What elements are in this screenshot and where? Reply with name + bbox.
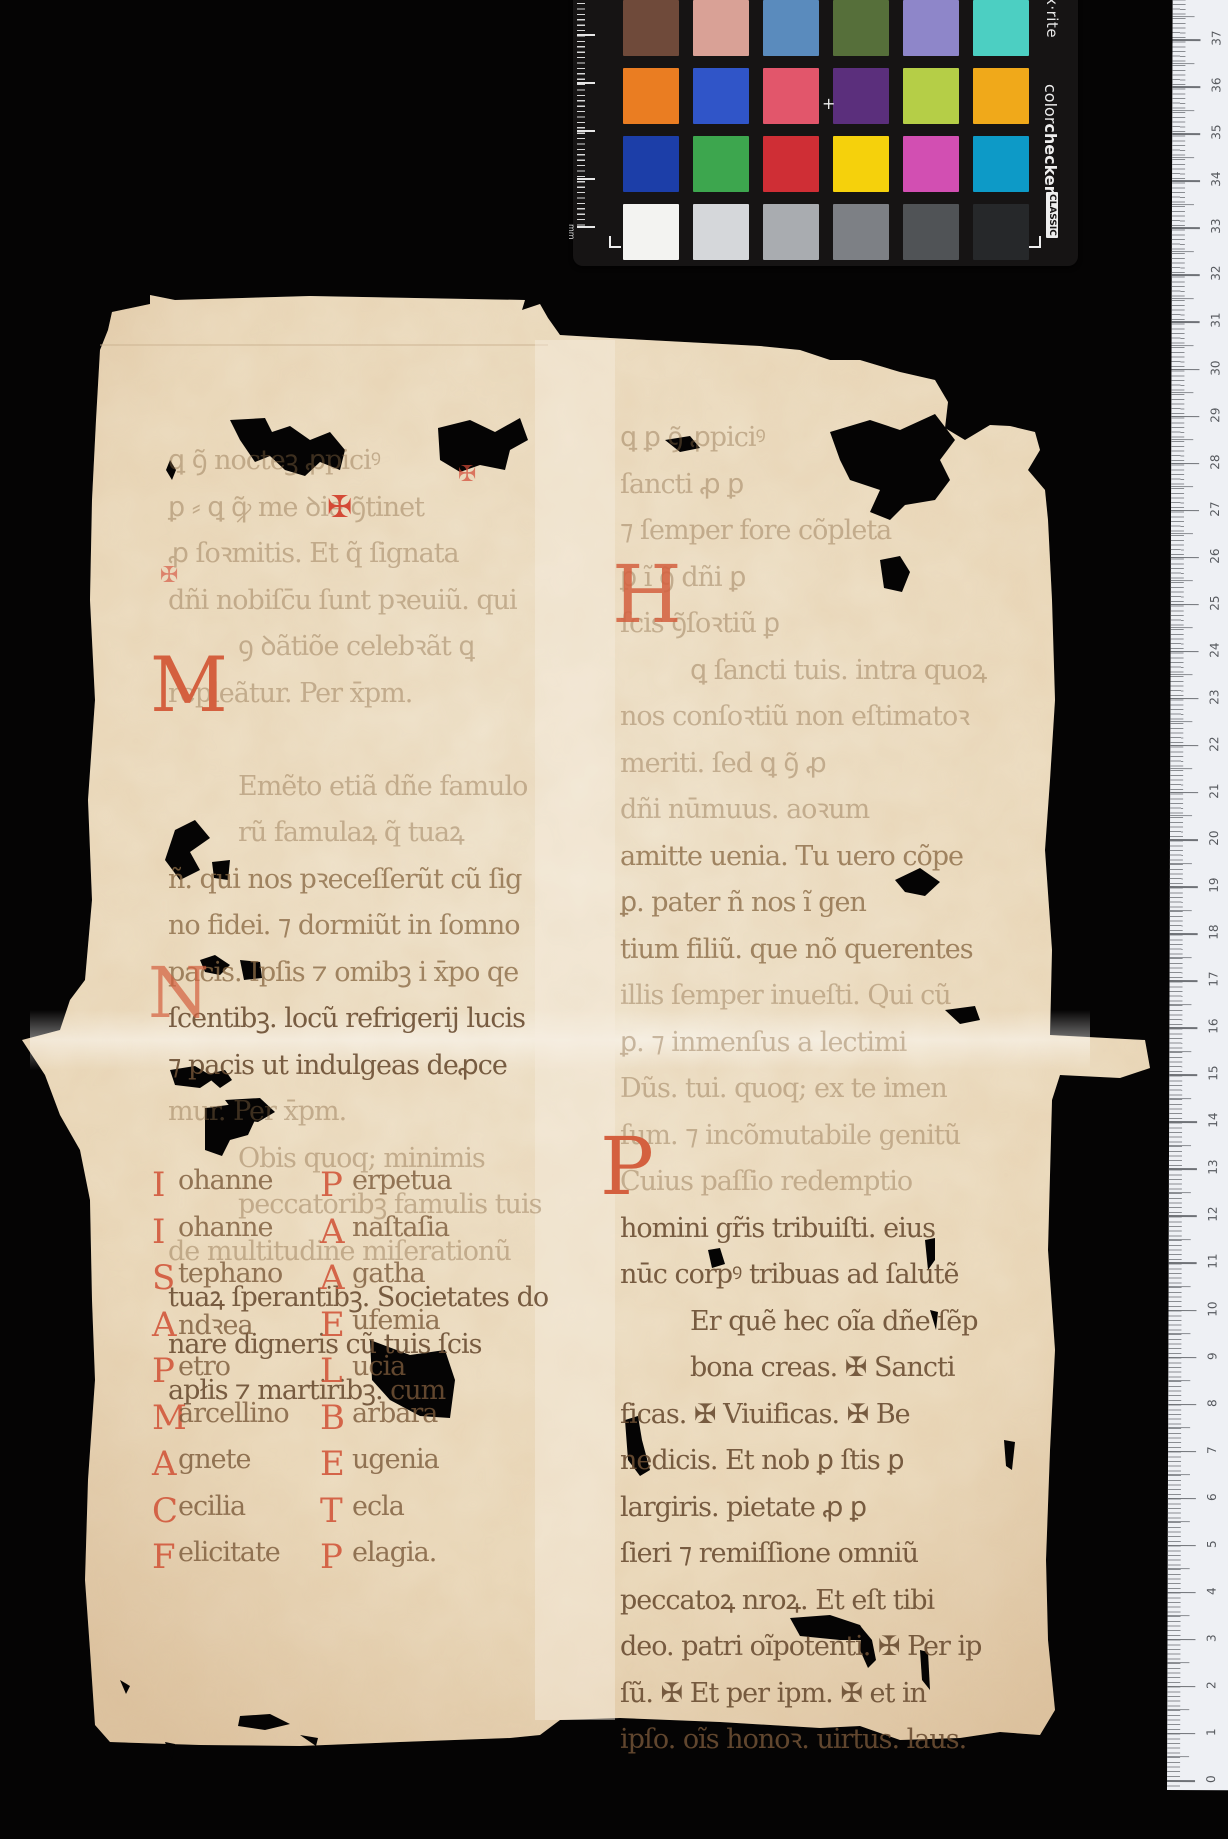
manuscript-leaf: ꝗ ꝯ̃ nocteꝫ ꝓpiciꝰꝑ ⸗ ꝗ ꝙ̃ me ꝺie ꝯ̃tine… (0, 0, 1228, 1839)
red-cross-icon: ✠ (160, 563, 178, 588)
manuscript-line: ñ. qui nos pꝛeceſſerũt cũ ſig (168, 857, 548, 904)
manuscript-line: ſcentibꝫ. locũ refrigerij lucis (168, 996, 548, 1043)
initial-letter-m: M (150, 640, 228, 729)
manuscript-line: mur. Per x̄pm. (168, 1089, 548, 1136)
manuscript-line: no fidei. ⁊ dormiũt in ſomno (168, 903, 548, 950)
manuscript-line: ꝓ ſoꝛmitis. Et q̃ ſignata (168, 531, 548, 578)
manuscript-line: ꝑ. ⁊ inmenſus a lectimi (620, 1020, 986, 1067)
manuscript-line: ꝑ ⸗ ꝗ ꝙ̃ me ꝺie ꝯ̃tinet (168, 485, 548, 532)
manuscript-line: peccatoꝝ nroꝝ. Et eſt tibi (620, 1578, 986, 1625)
manuscript-line: homini gr̃is tribuiſti. eius (620, 1206, 986, 1253)
manuscript-line: Emẽto etiã dñe famulo (168, 764, 548, 811)
manuscript-line: dñi nobiſc̄u ſunt pꝛeuiũ. qui (168, 578, 548, 625)
litany-name: ohanne (178, 1212, 273, 1243)
manuscript-line: ſancti ꝓ ꝑ (620, 462, 986, 509)
litany-name: erpetua (352, 1165, 451, 1196)
manuscript-line: nos conſoꝛtiũ non eſtimatoꝛ (620, 694, 986, 741)
red-cross-icon: ✠ (327, 490, 352, 525)
litany-name: etro (178, 1351, 230, 1382)
litany-initial: E (320, 1444, 345, 1484)
litany-initial: P (152, 1351, 175, 1391)
manuscript-line: meriti. ſed ꝗ ꝯ̃ ꝓ (620, 741, 986, 788)
litany-initial: T (320, 1491, 343, 1531)
litany-name: elagia. (352, 1537, 436, 1568)
manuscript-line: Er quẽ hec oĩa dñe ſẽp (620, 1299, 986, 1346)
manuscript-line: dñi nūmuus. aoꝛum (620, 787, 986, 834)
manuscript-line: deo. patri oĩpotenti. ✠ Per ip (620, 1624, 986, 1671)
litany-initial: L (320, 1351, 343, 1391)
manuscript-line: tium filiũ. que nõ querentes (620, 927, 986, 974)
manuscript-line: ipſo. oĩs honoꝛ. uirtus. laus. (620, 1717, 986, 1764)
litany-initial: E (320, 1305, 345, 1345)
initial-letter-p: P (600, 1120, 654, 1213)
litany-initial: F (152, 1537, 176, 1577)
litany-initial: C (152, 1491, 178, 1531)
manuscript-line: ſieri ⁊ remiſſione omniũ (620, 1531, 986, 1578)
initial-letter-n: N (148, 952, 209, 1034)
manuscript-line: largiris. pietate ꝓ ꝑ (620, 1485, 986, 1532)
litany-name: ecla (352, 1491, 404, 1522)
litany-name: tephano (178, 1258, 282, 1289)
litany-name: ucia (352, 1351, 405, 1382)
manuscript-line: ꝗ ꝑ ꝯ̃ ꝓpiciꝰ (620, 415, 986, 462)
manuscript-line: Dũs. tui. quoq; ex te imen (620, 1066, 986, 1113)
litany-initial: I (152, 1165, 165, 1205)
litany-initial: I (152, 1212, 165, 1252)
manuscript-line: ficas. ✠ Viuificas. ✠ Be (620, 1392, 986, 1439)
litany-name: gatha (352, 1258, 425, 1289)
litany-initial: B (320, 1398, 345, 1438)
litany-initial: P (320, 1165, 343, 1205)
litany-name: arcellino (178, 1398, 289, 1429)
manuscript-line: ꝗ ſancti tuis. intra quoꝝ (620, 648, 986, 695)
litany-initial: A (152, 1444, 177, 1484)
initial-letter-h: H (612, 548, 682, 641)
manuscript-line: ſum. ⁊ incõmutabile genitũ (620, 1113, 986, 1160)
litany-name: arbara (352, 1398, 437, 1429)
litany-initial: A (320, 1212, 345, 1252)
litany-name: ecilia (178, 1491, 245, 1522)
manuscript-line: rũ famulaꝝ q̃ tuaꝝ (168, 810, 548, 857)
manuscript-line: ꝑ. pater ñ nos ĩ gen (620, 880, 986, 927)
manuscript-line: amitte uenia. Tu uero cõpe (620, 834, 986, 881)
manuscript-line: bona creas. ✠ Sancti (620, 1345, 986, 1392)
manuscript-line: ſũ. ✠ Et per ipm. ✠ et in (620, 1671, 986, 1718)
litany-name: ohanne (178, 1165, 273, 1196)
litany-name: gnete (178, 1444, 250, 1475)
manuscript-line: nūc corpꝰ tribuas ad ſalutẽ (620, 1252, 986, 1299)
litany-name: elicitate (178, 1537, 280, 1568)
manuscript-line: nedicis. Et nob ꝑ ſtis ꝑ (620, 1438, 986, 1485)
litany-initial: A (320, 1258, 345, 1298)
litany-initial: S (152, 1258, 175, 1298)
manuscript-line: illis ſemper inueſti. Qui cũ (620, 973, 986, 1020)
manuscript-line: ꝗ ꝯ̃ nocteꝫ ꝓpiciꝰ (168, 438, 548, 485)
manuscript-line: pacis. Ipſis ⁊ omibꝫ i x̄po qe (168, 950, 548, 997)
litany-name: ugenia (352, 1444, 439, 1475)
manuscript-line: Cuius paſſio redemptio (620, 1159, 986, 1206)
manuscript-line: ⁊ pacis ut indulgeas deꝓce (168, 1043, 548, 1090)
litany-name: naſtaſia (352, 1212, 449, 1243)
red-cross-icon: ✠ (458, 462, 476, 487)
litany-name: ufemia (352, 1305, 440, 1336)
litany-initial: P (320, 1537, 343, 1577)
litany-name: ndꝛea (178, 1305, 253, 1342)
litany-initial: A (152, 1305, 177, 1345)
